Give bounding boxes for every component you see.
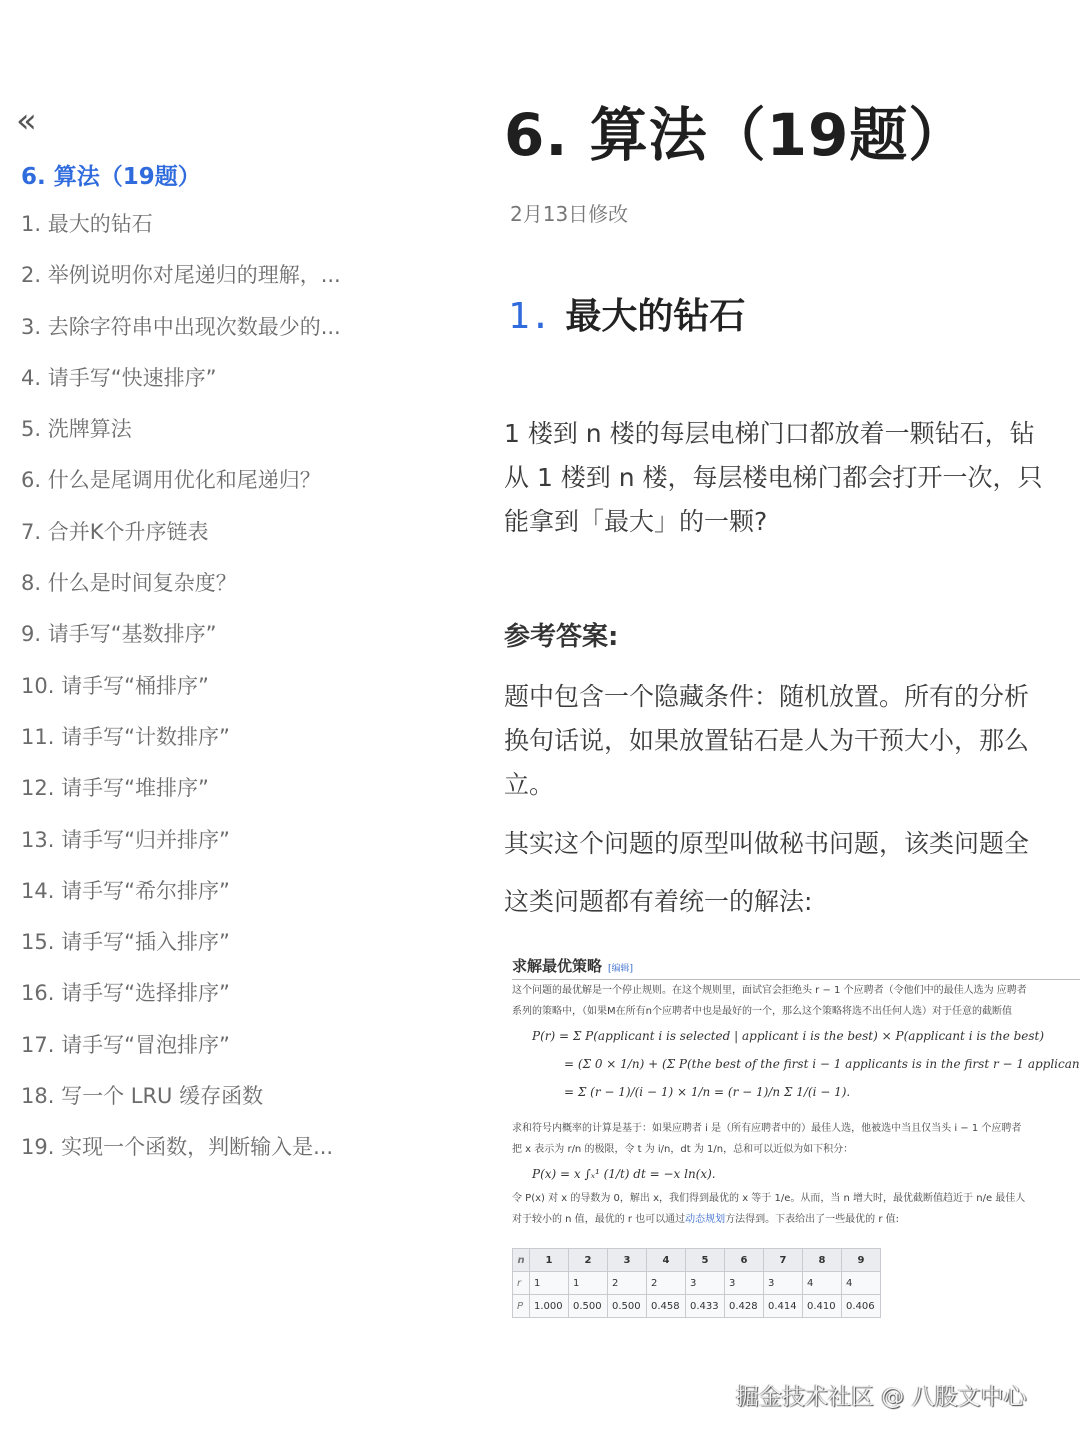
embed-heading: 求解最优策略[编辑] — [512, 955, 1080, 980]
answer-line: 立。 — [504, 763, 1029, 807]
table-row: n123456789 — [513, 1249, 881, 1272]
row-header: P — [513, 1295, 530, 1318]
toc-item[interactable]: 7. 合并K个升序链表 — [21, 515, 341, 566]
watermark: 掘金技术社区 @ 八股文中心 — [736, 1378, 1027, 1411]
toc-item[interactable]: 5. 洗牌算法 — [21, 412, 341, 463]
table-cell: 0.406 — [842, 1295, 881, 1318]
toc-item[interactable]: 1. 最大的钻石 — [21, 207, 341, 258]
answer-line: 其实这个问题的原型叫做秘书问题，该类问题全 — [504, 822, 1029, 866]
toc-item[interactable]: 19. 实现一个函数，判断输入是... — [21, 1130, 341, 1181]
answer-paragraph: 题中包含一个隐藏条件：随机放置。所有的分析 换句话说，如果放置钻石是人为干预大小… — [504, 675, 1029, 807]
table-cell: 0.458 — [647, 1295, 686, 1318]
table-cell: 0.414 — [764, 1295, 803, 1318]
row-header: n — [513, 1249, 530, 1272]
edit-link: [编辑] — [608, 964, 633, 974]
embed-text-part: 对于较小的 n 值，最优的 r 也可以通过 — [512, 1214, 685, 1225]
embed-text-part: 方法得到。下表给出了一些最优的 r 值: — [725, 1214, 899, 1225]
embed-text: 令 P(x) 对 x 的导数为 0，解出 x，我们得到最优的 x 等于 1/e。… — [512, 1188, 1080, 1209]
table-cell: 1.000 — [530, 1295, 569, 1318]
table-cell: 1 — [530, 1272, 569, 1295]
collapse-sidebar-icon[interactable]: « — [16, 104, 31, 138]
formula-line: = Σ (r − 1)/(i − 1) × 1/n = (r − 1)/n Σ … — [564, 1078, 1080, 1106]
answer-paragraph: 其实这个问题的原型叫做秘书问题，该类问题全 — [504, 822, 1029, 866]
table-cell: 8 — [803, 1249, 842, 1272]
table-cell: 5 — [686, 1249, 725, 1272]
toc-item[interactable]: 18. 写一个 LRU 缓存函数 — [21, 1079, 341, 1130]
table-cell: 7 — [764, 1249, 803, 1272]
answer-line: 换句话说，如果放置钻石是人为干预大小，那么 — [504, 719, 1029, 763]
table-cell: 3 — [764, 1272, 803, 1295]
embed-text: 求和符号内概率的计算是基于：如果应聘者 i 是（所有应聘者中的）最佳人选，他被选… — [512, 1118, 1080, 1139]
question-line: 能拿到「最大」的一颗? — [504, 500, 1043, 544]
toc-item[interactable]: 11. 请手写“计数排序” — [21, 720, 341, 771]
table-cell: 0.500 — [608, 1295, 647, 1318]
table-cell: 1 — [569, 1272, 608, 1295]
question-heading: 1.最大的钻石 — [508, 288, 745, 339]
answer-line: 这类问题都有着统一的解法: — [504, 880, 812, 924]
toc-item[interactable]: 10. 请手写“桶排序” — [21, 669, 341, 720]
table-row: P1.0000.5000.5000.4580.4330.4280.4140.41… — [513, 1295, 881, 1318]
table-cell: 4 — [842, 1272, 881, 1295]
embedded-wiki-screenshot: 求解最优策略[编辑] 这个问题的最优解是一个停止规则。在这个规则里，面试官会拒绝… — [512, 955, 1080, 1385]
table-cell: 0.428 — [725, 1295, 764, 1318]
embed-text: 对于较小的 n 值，最优的 r 也可以通过动态规划方法得到。下表给出了一些最优的… — [512, 1209, 1080, 1230]
toc-item[interactable]: 2. 举例说明你对尾递归的理解，... — [21, 258, 341, 309]
table-cell: 2 — [569, 1249, 608, 1272]
table-cell: 0.433 — [686, 1295, 725, 1318]
formula-line: P(r) = Σ P(applicant i is selected | app… — [532, 1022, 1080, 1050]
toc-item[interactable]: 13. 请手写“归并排序” — [21, 823, 341, 874]
table-cell: 0.410 — [803, 1295, 842, 1318]
table-cell: 1 — [530, 1249, 569, 1272]
toc-item[interactable]: 17. 请手写“冒泡排序” — [21, 1028, 341, 1079]
table-cell: 2 — [608, 1272, 647, 1295]
question-line: 1 楼到 n 楼的每层电梯门口都放着一颗钻石，钻 — [504, 412, 1043, 456]
toc-item[interactable]: 8. 什么是时间复杂度？ — [21, 566, 341, 617]
formula-line: = (Σ 0 × 1/n) + (Σ P(the best of the fir… — [564, 1050, 1080, 1078]
table-cell: 6 — [725, 1249, 764, 1272]
document-content: 6. 算法（19题） 2月13日修改 1.最大的钻石 1 楼到 n 楼的每层电梯… — [504, 0, 1080, 1443]
table-cell: 3 — [608, 1249, 647, 1272]
toc-item[interactable]: 14. 请手写“希尔排序” — [21, 874, 341, 925]
toc-item[interactable]: 6. 什么是尾调用优化和尾递归？ — [21, 463, 341, 514]
modified-date: 2月13日修改 — [510, 198, 628, 227]
question-body: 1 楼到 n 楼的每层电梯门口都放着一颗钻石，钻 从 1 楼到 n 楼，每层楼电… — [504, 412, 1043, 544]
toc-item[interactable]: 16. 请手写“选择排序” — [21, 976, 341, 1027]
table-cell: 3 — [686, 1272, 725, 1295]
table-cell: 4 — [803, 1272, 842, 1295]
embed-heading-text: 求解最优策略 — [512, 957, 602, 975]
optimal-r-table: n123456789r112233344P1.0000.5000.5000.45… — [512, 1248, 881, 1318]
answer-paragraph: 这类问题都有着统一的解法: — [504, 880, 812, 924]
table-cell: 3 — [725, 1272, 764, 1295]
toc-item[interactable]: 3. 去除字符串中出现次数最少的... — [21, 310, 341, 361]
embed-text: 这个问题的最优解是一个停止规则。在这个规则里，面试官会拒绝头 r − 1 个应聘… — [512, 980, 1080, 1001]
dynamic-programming-link: 动态规划 — [685, 1214, 725, 1225]
integral-formula: P(x) = x ∫ₓ¹ (1/t) dt = −x ln(x). — [532, 1160, 1080, 1188]
answer-line: 题中包含一个隐藏条件：随机放置。所有的分析 — [504, 675, 1029, 719]
table-cell: 0.500 — [569, 1295, 608, 1318]
question-number: 1. — [508, 296, 551, 337]
row-header: r — [513, 1272, 530, 1295]
embed-text: 系列的策略中，（如果M在所有n个应聘者中也是最好的一个，那么这个策略将选不出任何… — [512, 1001, 1080, 1022]
toc-list: 1. 最大的钻石2. 举例说明你对尾递归的理解，...3. 去除字符串中出现次数… — [21, 207, 341, 1182]
page-title: 6. 算法（19题） — [504, 88, 967, 172]
table-row: r112233344 — [513, 1272, 881, 1295]
toc-item[interactable]: 9. 请手写“基数排序” — [21, 617, 341, 668]
toc-item[interactable]: 12. 请手写“堆排序” — [21, 771, 341, 822]
question-title: 最大的钻石 — [565, 296, 745, 337]
embed-text: 把 x 表示为 r/n 的极限，令 t 为 i/n，dt 为 1/n，总和可以近… — [512, 1139, 1080, 1160]
table-cell: 2 — [647, 1272, 686, 1295]
question-line: 从 1 楼到 n 楼，每层楼电梯门都会打开一次，只 — [504, 456, 1043, 500]
toc-heading-current[interactable]: 6. 算法（19题） — [21, 158, 201, 191]
table-cell: 9 — [842, 1249, 881, 1272]
toc-sidebar: « 6. 算法（19题） 1. 最大的钻石2. 举例说明你对尾递归的理解，...… — [0, 0, 420, 1443]
toc-item[interactable]: 4. 请手写“快速排序” — [21, 361, 341, 412]
toc-item[interactable]: 15. 请手写“插入排序” — [21, 925, 341, 976]
table-cell: 4 — [647, 1249, 686, 1272]
answer-label: 参考答案: — [504, 616, 618, 653]
